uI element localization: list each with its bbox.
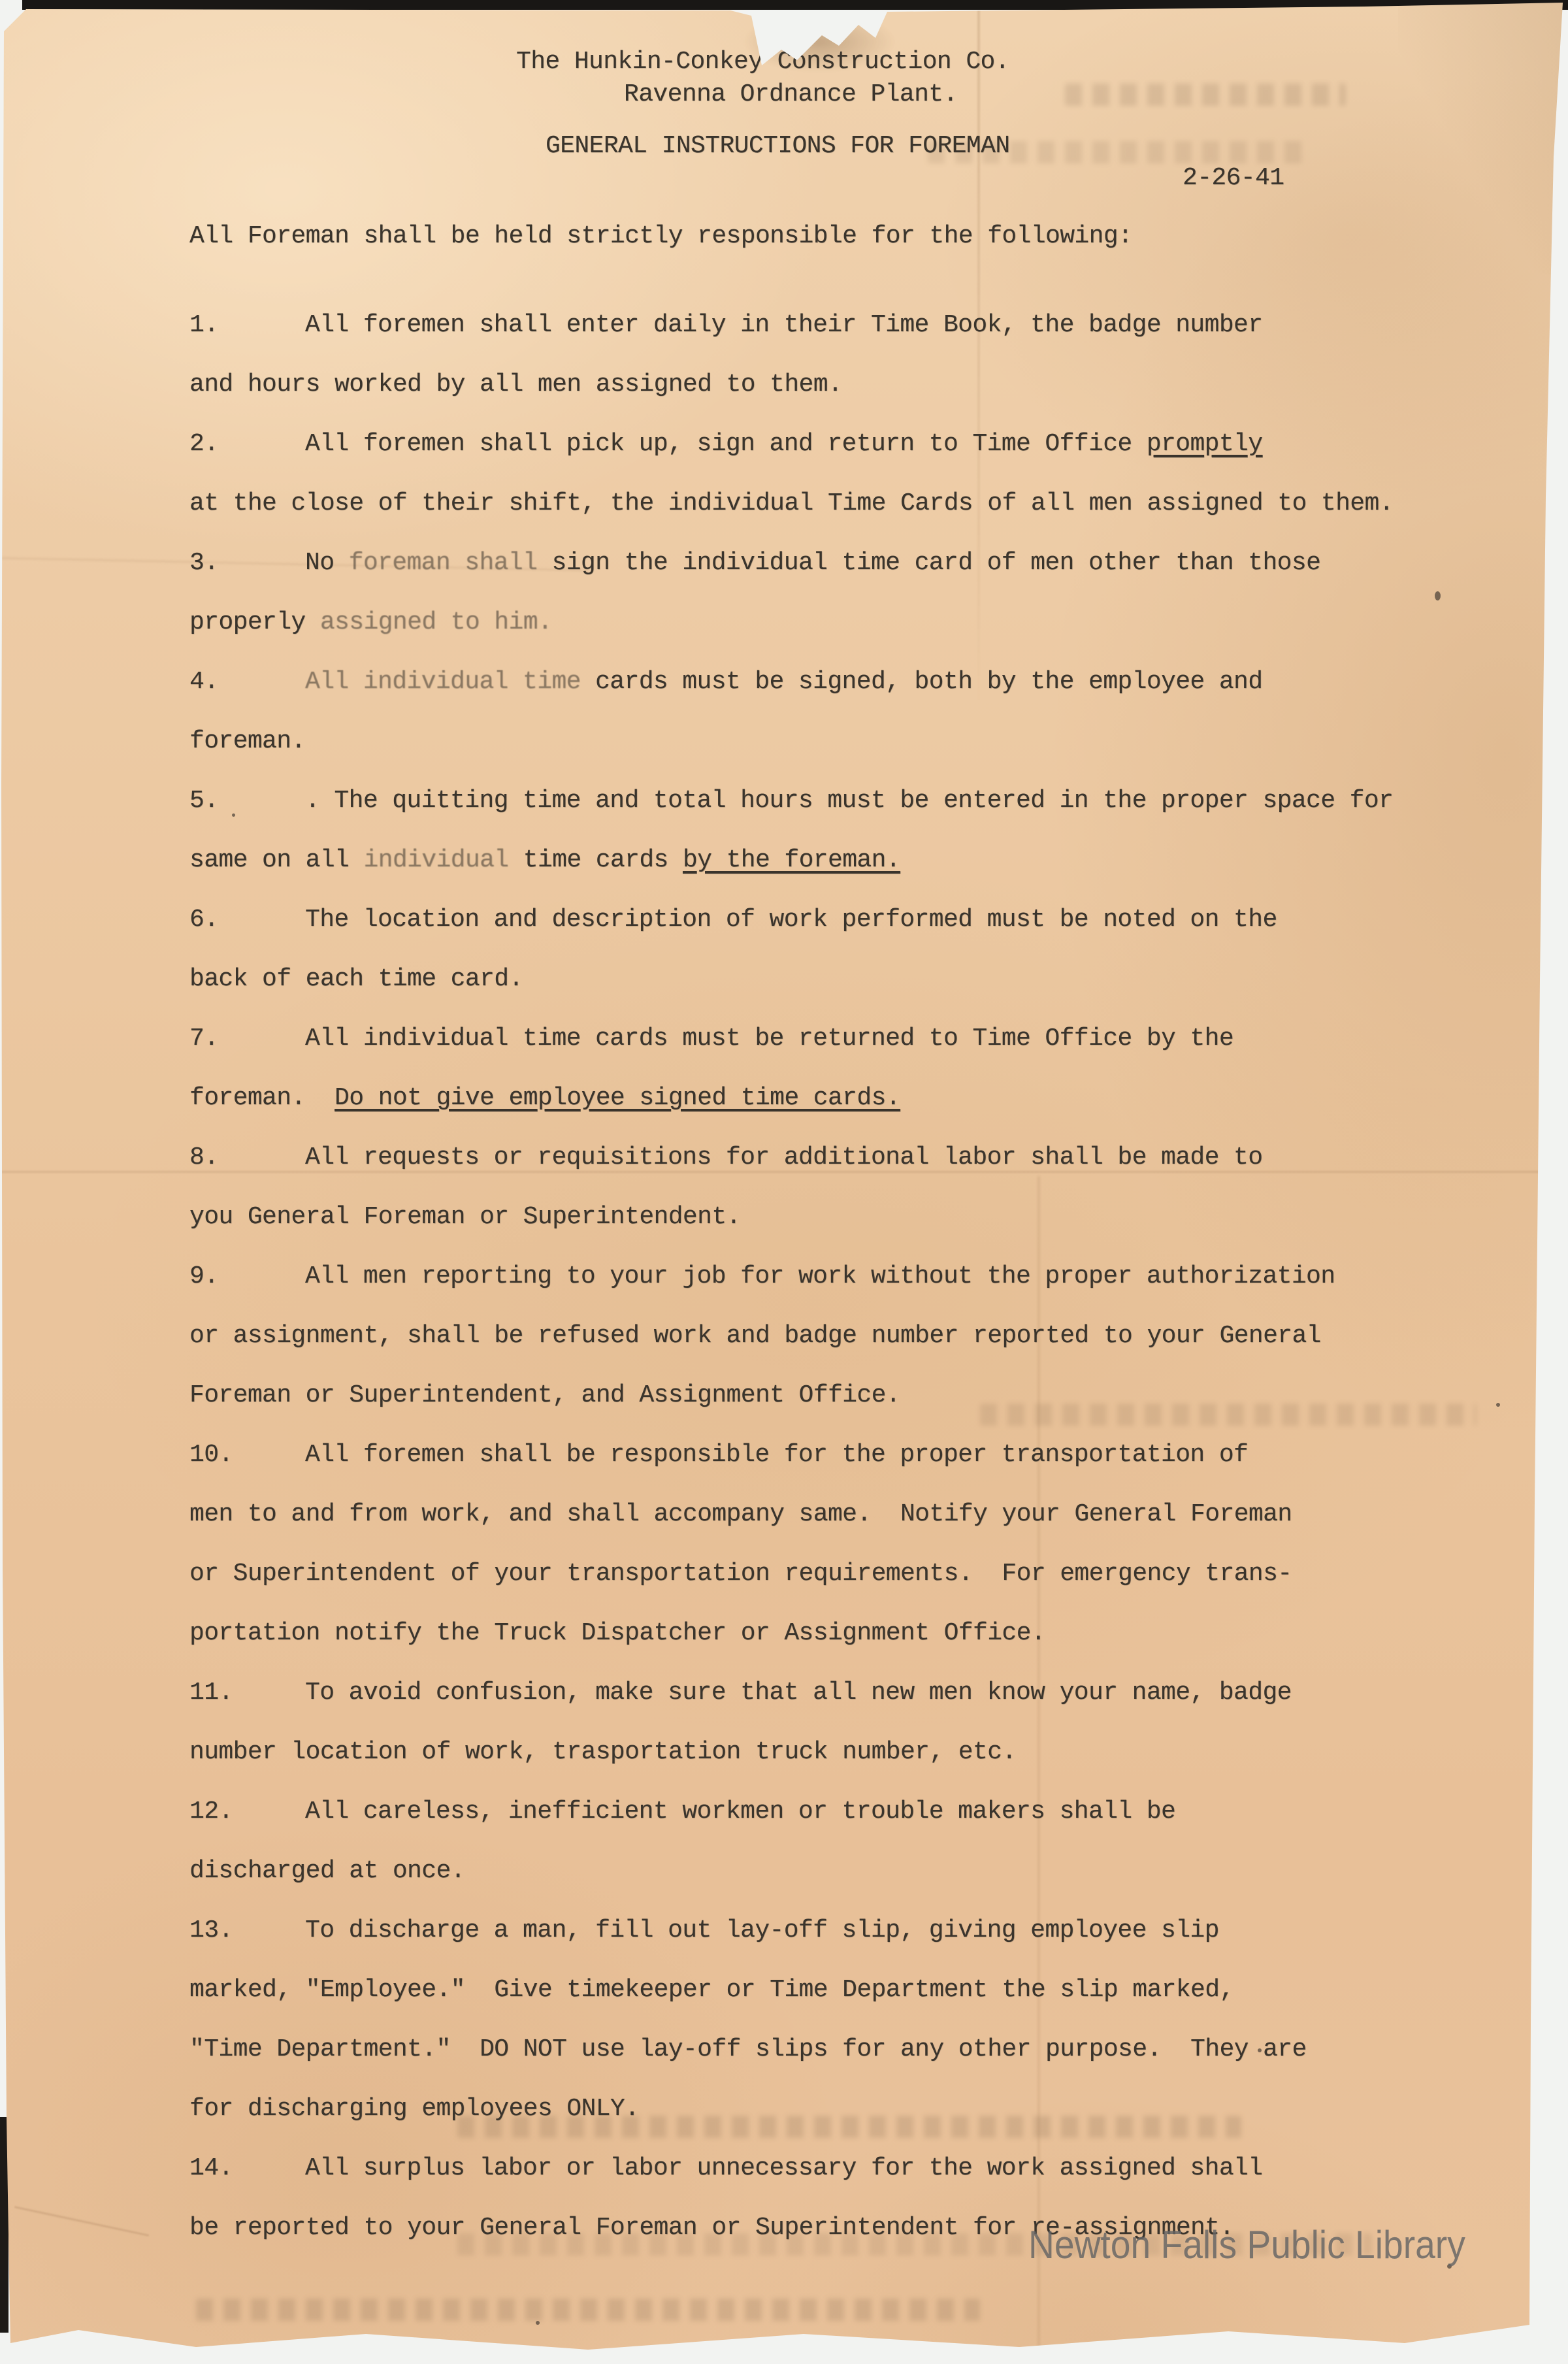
document-line: 9.All men reporting to your job for work…: [189, 1264, 1335, 1289]
document-line: men to and from work, and shall accompan…: [189, 1502, 1292, 1527]
document-line: 6.The location and description of work p…: [189, 908, 1277, 932]
document-line: 12.All careless, inefficient workmen or …: [189, 1799, 1175, 1824]
item-number: 4.: [189, 670, 305, 695]
item-number: 10.: [189, 1443, 305, 1468]
scanned-document-page: The Hunkin-Conkey Construction Co. Raven…: [0, 0, 1568, 2364]
item-text: or Superintendent of your transportation…: [189, 1560, 1292, 1588]
document-line: properly assigned to him.: [189, 610, 552, 635]
item-number: 3.: [189, 551, 305, 576]
item-text: "Time Department." DO NOT use lay-off sl…: [189, 2035, 1307, 2063]
item-text: All individual time cards must be return…: [305, 1025, 1233, 1053]
item-number: 6.: [189, 908, 305, 932]
item-text: All foremen shall be responsible for the…: [305, 1441, 1248, 1469]
document-line: 11.To avoid confusion, make sure that al…: [189, 1681, 1292, 1705]
item-text: portation notify the Truck Dispatcher or…: [189, 1619, 1045, 1647]
item-text: To avoid confusion, make sure that all n…: [305, 1679, 1292, 1707]
document-line: 7.All individual time cards must be retu…: [189, 1026, 1233, 1051]
document-line: number location of work, trasportation t…: [189, 1740, 1017, 1765]
item-number: 12.: [189, 1799, 305, 1824]
document-line: 3.No foreman shall sign the individual t…: [189, 551, 1320, 576]
document-line: and hours worked by all men assigned to …: [189, 372, 842, 397]
document-line: 14.All surplus labor or labor unnecessar…: [189, 2156, 1262, 2181]
document-line: 5.. The quitting time and total hours mu…: [189, 789, 1393, 813]
item-number: 11.: [189, 1681, 305, 1705]
document-line: at the close of their shift, the individ…: [189, 491, 1394, 516]
item-text: men to and from work, and shall accompan…: [189, 1500, 1292, 1528]
item-text: All careless, inefficient workmen or tro…: [305, 1798, 1175, 1826]
item-text: you General Foreman or Superintendent.: [189, 1203, 741, 1231]
document-line: 8.All requests or requisitions for addit…: [189, 1145, 1262, 1170]
item-text: marked, "Employee." Give timekeeper or T…: [189, 1976, 1234, 2004]
item-text: individual: [363, 846, 508, 874]
item-number: 14.: [189, 2156, 305, 2181]
item-text: All individual time: [305, 668, 581, 696]
item-text: discharged at once.: [189, 1857, 465, 1885]
item-text: All foremen shall pick up, sign and retu…: [305, 430, 1147, 458]
item-text: foreman.: [189, 1084, 335, 1112]
ink-speck: [536, 2321, 540, 2325]
item-number: 2.: [189, 432, 305, 457]
document-line: 13.To discharge a man, fill out lay-off …: [189, 1918, 1219, 1943]
underlined-text: Do not give employee signed time cards.: [335, 1084, 900, 1112]
library-watermark: Newton Falls Public Library: [1028, 2225, 1465, 2265]
document-line: for discharging employees ONLY.: [189, 2097, 639, 2122]
item-number: 7.: [189, 1026, 305, 1051]
document-line: 2.All foremen shall pick up, sign and re…: [189, 432, 1262, 457]
item-text: back of each time card.: [189, 965, 523, 993]
document-line: you General Foreman or Superintendent.: [189, 1205, 741, 1230]
document-line: 10.All foremen shall be responsible for …: [189, 1443, 1248, 1468]
item-text: number location of work, trasportation t…: [189, 1738, 1017, 1766]
item-text: To discharge a man, fill out lay-off sli…: [305, 1916, 1219, 1945]
item-text: cards must be signed, both by the employ…: [581, 668, 1263, 696]
document-title: GENERAL INSTRUCTIONS FOR FOREMAN: [546, 134, 1010, 159]
ink-ghost-smudge: [196, 2299, 980, 2321]
item-text: properly: [189, 608, 320, 636]
document-line: or assignment, shall be refused work and…: [189, 1324, 1321, 1349]
ink-ghost-smudge: [980, 1404, 1477, 1426]
item-text: No: [305, 549, 349, 577]
ink-ghost-smudge: [1065, 84, 1346, 106]
underlined-text: by the foreman.: [683, 846, 900, 874]
item-number: 1.: [189, 313, 305, 338]
item-text: All foremen shall enter daily in their T…: [305, 311, 1262, 339]
document-line: same on all individual time cards by the…: [189, 848, 900, 873]
paper-sheet: The Hunkin-Conkey Construction Co. Raven…: [0, 0, 1568, 2364]
item-number: 13.: [189, 1918, 305, 1943]
document-line: back of each time card.: [189, 967, 523, 992]
item-text: The location and description of work per…: [305, 906, 1277, 934]
document-line: 4.All individual time cards must be sign…: [189, 670, 1262, 695]
item-text: or assignment, shall be refused work and…: [189, 1322, 1321, 1350]
document-date: 2-26-41: [1183, 166, 1284, 191]
plant-name: Ravenna Ordnance Plant.: [624, 82, 958, 107]
item-text: sign the individual time card of men oth…: [537, 549, 1320, 577]
document-line: marked, "Employee." Give timekeeper or T…: [189, 1978, 1234, 2003]
company-name: The Hunkin-Conkey Construction Co.: [516, 50, 1009, 74]
item-text: at the close of their shift, the individ…: [189, 489, 1394, 517]
ink-speck: [1435, 591, 1441, 600]
item-text: for discharging employees ONLY.: [189, 2095, 639, 2123]
item-text: . The quitting time and total hours must…: [305, 787, 1393, 815]
item-number: 5.: [189, 789, 305, 813]
paper-corner-fold-shadow: [1398, 0, 1568, 274]
item-text: foreman shall: [349, 549, 538, 577]
ink-speck: [1496, 1403, 1500, 1407]
document-line: 1.All foremen shall enter daily in their…: [189, 313, 1262, 338]
item-text: same on all: [189, 846, 363, 874]
paper-crease-bottom-left: [14, 2206, 149, 2237]
intro-line: All Foreman shall be held strictly respo…: [189, 224, 1132, 249]
item-text: and hours worked by all men assigned to …: [189, 370, 842, 399]
document-line: foreman. Do not give employee signed tim…: [189, 1086, 900, 1111]
paper-crease-vertical-bottom: [1037, 1176, 1040, 2364]
paper-crease-vertical-top: [977, 0, 980, 706]
underlined-text: promptly: [1147, 430, 1263, 458]
item-text: All men reporting to your job for work w…: [305, 1262, 1335, 1290]
item-text: All requests or requisitions for additio…: [305, 1143, 1262, 1172]
item-text: assigned to him.: [320, 608, 552, 636]
document-line: portation notify the Truck Dispatcher or…: [189, 1621, 1045, 1646]
item-text: foreman.: [189, 727, 306, 755]
item-text: All surplus labor or labor unnecessary f…: [305, 2154, 1262, 2182]
item-number: 8.: [189, 1145, 305, 1170]
document-line: or Superintendent of your transportation…: [189, 1562, 1292, 1586]
item-number: 9.: [189, 1264, 305, 1289]
document-line: foreman.: [189, 729, 306, 754]
item-text: time cards: [509, 846, 683, 874]
document-line: discharged at once.: [189, 1859, 465, 1884]
ink-speck: [232, 813, 235, 817]
document-line: "Time Department." DO NOT use lay-off sl…: [189, 2037, 1307, 2062]
document-line: Foreman or Superintendent, and Assignmen…: [189, 1383, 900, 1408]
item-text: Foreman or Superintendent, and Assignmen…: [189, 1381, 900, 1409]
